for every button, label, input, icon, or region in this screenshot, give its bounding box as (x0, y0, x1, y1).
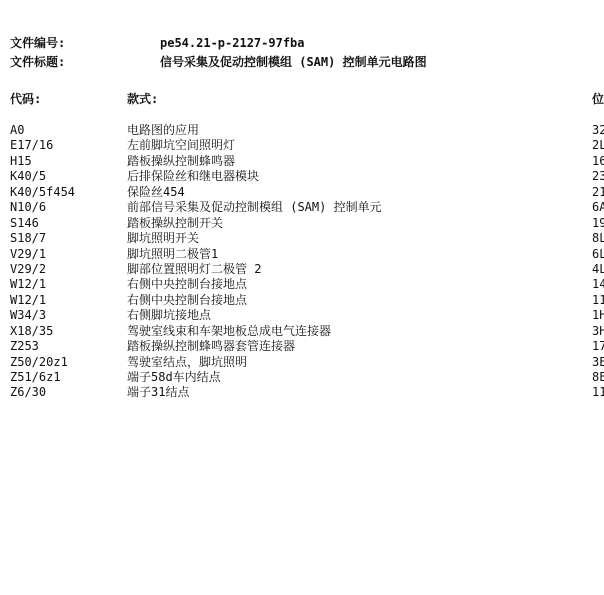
row-description: 保险丝454 (127, 185, 185, 200)
row-position: 16 (592, 154, 604, 169)
table-row: A0 电路图的应用 32 (0, 123, 604, 138)
table-row: H15 踏板操纵控制蜂鸣器 16 (0, 154, 604, 169)
row-position: 21 (592, 185, 604, 200)
row-code: K40/5 (10, 169, 46, 184)
row-description: 驾驶室结点，脚坑照明 (127, 355, 247, 370)
row-position: 11 (592, 293, 604, 308)
row-position: 11 (592, 385, 604, 400)
row-code: E17/16 (10, 138, 53, 153)
table-row: Z50/20z1 驾驶室结点，脚坑照明 3E (0, 355, 604, 370)
row-code: Z51/6z1 (10, 370, 61, 385)
file-title-value: 信号采集及促动控制模组 (SAM) 控制单元电路图 (160, 55, 427, 70)
row-description: 脚坑照明开关 (127, 231, 199, 246)
table-row: Z51/6z1 端子58d车内结点 8E (0, 370, 604, 385)
column-header-position: 位 (592, 92, 604, 107)
row-code: V29/1 (10, 247, 46, 262)
column-header-style: 款式: (127, 92, 158, 107)
row-description: 右侧脚坑接地点 (127, 308, 211, 323)
table-row: W34/3 右侧脚坑接地点 1H (0, 308, 604, 323)
row-code: W34/3 (10, 308, 46, 323)
row-code: W12/1 (10, 277, 46, 292)
column-header-code: 代码: (10, 92, 41, 107)
row-position: 19 (592, 216, 604, 231)
row-position: 6A (592, 200, 604, 215)
row-description: 脚坑照明二极管1 (127, 247, 218, 262)
row-description: 右侧中央控制台接地点 (127, 293, 247, 308)
table-row: E17/16 左前脚坑空间照明灯 2L (0, 138, 604, 153)
row-position: 8E (592, 370, 604, 385)
table-row: Z253 踏板操纵控制蜂鸣器套管连接器 17 (0, 339, 604, 354)
table-row: V29/1 脚坑照明二极管1 6L (0, 247, 604, 262)
row-position: 2L (592, 138, 604, 153)
row-code: H15 (10, 154, 32, 169)
table-row: W12/1 右侧中央控制台接地点 14 (0, 277, 604, 292)
row-description: 端子31结点 (127, 385, 189, 400)
file-number-value: pe54.21-p-2127-97fba (160, 36, 305, 51)
row-position: 14 (592, 277, 604, 292)
table-row: K40/5 后排保险丝和继电器模块 23 (0, 169, 604, 184)
row-code: V29/2 (10, 262, 46, 277)
row-position: 6L (592, 247, 604, 262)
row-description: 前部信号采集及促动控制模组 (SAM) 控制单元 (127, 200, 382, 215)
document-page: 文件编号: pe54.21-p-2127-97fba 文件标题: 信号采集及促动… (0, 0, 604, 595)
file-number-label: 文件编号: (10, 36, 65, 51)
row-code: S18/7 (10, 231, 46, 246)
row-description: 右侧中央控制台接地点 (127, 277, 247, 292)
component-table: A0 电路图的应用 32 E17/16 左前脚坑空间照明灯 2L H15 踏板操… (0, 123, 604, 401)
row-description: 驾驶室线束和车架地板总成电气连接器 (127, 324, 331, 339)
table-row: W12/1 右侧中央控制台接地点 11 (0, 293, 604, 308)
row-position: 4L (592, 262, 604, 277)
row-code: X18/35 (10, 324, 53, 339)
row-position: 17 (592, 339, 604, 354)
row-code: A0 (10, 123, 24, 138)
row-code: K40/5f454 (10, 185, 75, 200)
row-position: 3H (592, 324, 604, 339)
row-description: 脚部位置照明灯二极管 2 (127, 262, 261, 277)
row-description: 踏板操纵控制开关 (127, 216, 223, 231)
row-position: 1H (592, 308, 604, 323)
file-title-label: 文件标题: (10, 55, 65, 70)
table-row: S18/7 脚坑照明开关 8L (0, 231, 604, 246)
row-position: 32 (592, 123, 604, 138)
row-position: 23 (592, 169, 604, 184)
table-row: Z6/30 端子31结点 11 (0, 385, 604, 400)
row-code: W12/1 (10, 293, 46, 308)
row-code: Z6/30 (10, 385, 46, 400)
row-code: Z50/20z1 (10, 355, 68, 370)
row-description: 左前脚坑空间照明灯 (127, 138, 235, 153)
row-description: 端子58d车内结点 (127, 370, 221, 385)
table-row: V29/2 脚部位置照明灯二极管 2 4L (0, 262, 604, 277)
row-code: S146 (10, 216, 39, 231)
row-description: 后排保险丝和继电器模块 (127, 169, 259, 184)
table-row: N10/6 前部信号采集及促动控制模组 (SAM) 控制单元 6A (0, 200, 604, 215)
row-description: 踏板操纵控制蜂鸣器 (127, 154, 235, 169)
row-description: 电路图的应用 (127, 123, 199, 138)
row-code: N10/6 (10, 200, 46, 215)
row-position: 8L (592, 231, 604, 246)
table-row: K40/5f454 保险丝454 21 (0, 185, 604, 200)
row-position: 3E (592, 355, 604, 370)
row-description: 踏板操纵控制蜂鸣器套管连接器 (127, 339, 295, 354)
row-code: Z253 (10, 339, 39, 354)
table-row: X18/35 驾驶室线束和车架地板总成电气连接器 3H (0, 324, 604, 339)
table-row: S146 踏板操纵控制开关 19 (0, 216, 604, 231)
